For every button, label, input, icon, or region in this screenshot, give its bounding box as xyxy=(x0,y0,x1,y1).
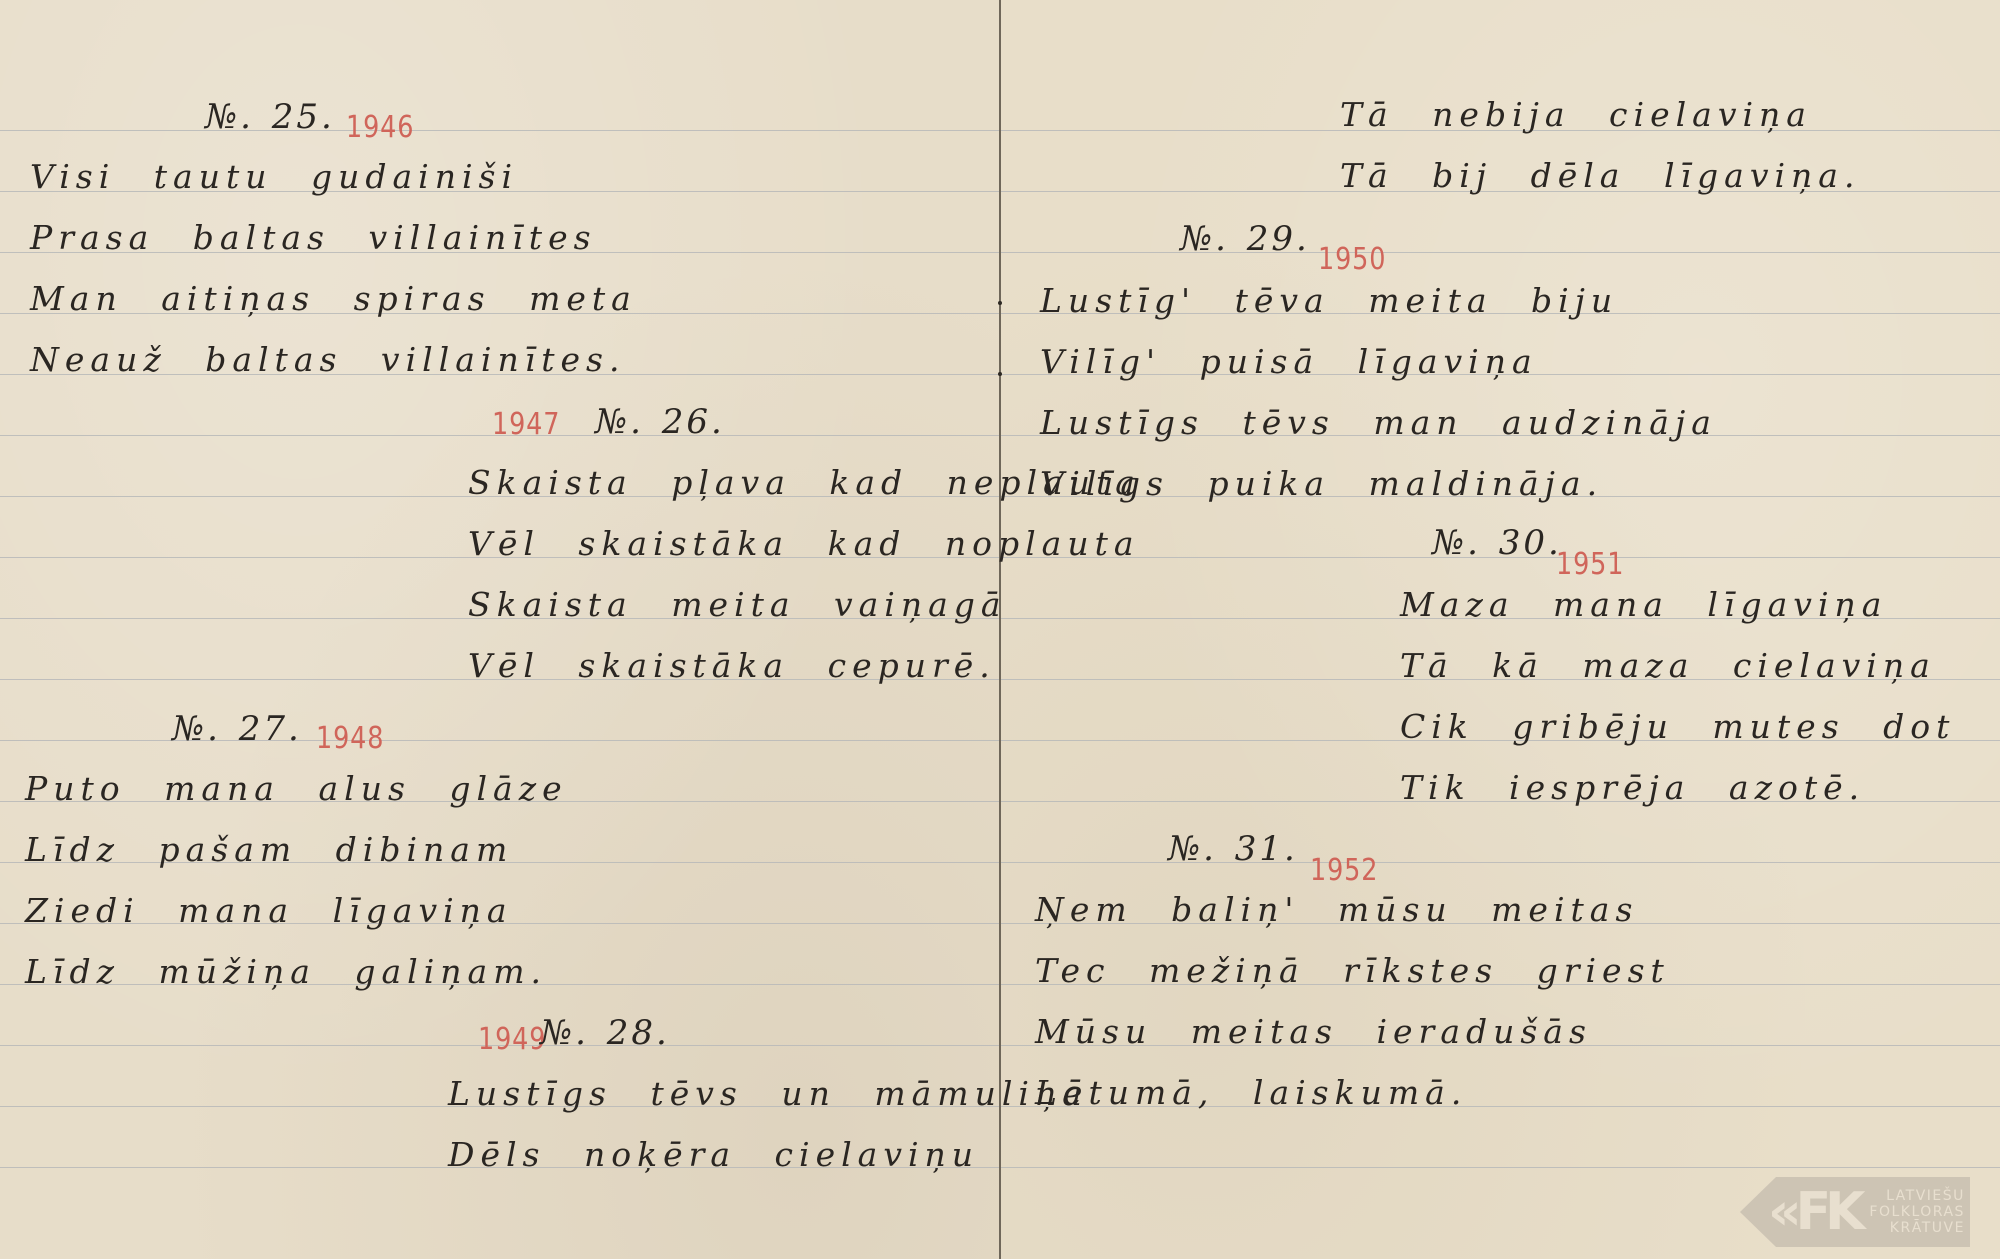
verse-line: Visi tautu gudainiši xyxy=(30,160,518,193)
verse-line: Tec mežiņā rīkstes griest xyxy=(1035,954,1670,987)
verse-line: Tik iesprēja azotē. xyxy=(1400,771,1865,804)
verse-line: Man aitiņas spiras meta xyxy=(30,282,637,315)
verse-line: Maza mana līgaviņa xyxy=(1400,588,1887,621)
verse-line: Lustīgs tēvs un māmuliņa xyxy=(448,1077,1088,1110)
song-number: №. 28. xyxy=(540,1016,670,1050)
logo-text: LATVIEŠU FOLKLORAS KRĀTUVE xyxy=(1869,1188,1965,1236)
song-number: №. 29. xyxy=(1180,222,1310,256)
binding-stitch xyxy=(998,372,1002,376)
song-number: №. 25. xyxy=(205,100,335,134)
song-number: №. 31. xyxy=(1168,832,1298,866)
verse-line: Lētumā, laiskumā. xyxy=(1035,1076,1467,1109)
logo-line: KRĀTUVE xyxy=(1869,1220,1965,1236)
lfk-watermark-logo: «FK LATVIEŠU FOLKLORAS KRĀTUVE xyxy=(1740,1177,1970,1247)
year-annotation: 1951 xyxy=(1556,550,1624,580)
verse-line: Prasa baltas villainītes xyxy=(30,221,597,254)
verse-line: Neauž baltas villainītes. xyxy=(30,343,625,376)
year-annotation: 1950 xyxy=(1318,245,1386,275)
binding-fold xyxy=(999,0,1001,1259)
verse-line: Vilīg' puisā līgaviņa xyxy=(1040,345,1538,378)
verse-line: Mūsu meitas ieradušās xyxy=(1035,1015,1592,1048)
verse-line: Vilīgs puika maldināja. xyxy=(1040,467,1603,500)
logo-line: LATVIEŠU xyxy=(1869,1188,1965,1204)
verse-line: Lustīgs tēvs man audzināja xyxy=(1040,406,1717,439)
notebook-spread: №. 25. 1946 Visi tautu gudainiši Prasa b… xyxy=(0,0,2000,1259)
song-number: №. 26. xyxy=(595,405,725,439)
verse-line: Tā kā maza cielaviņa xyxy=(1400,649,1936,682)
verse-line: Līdz mūžiņa galiņam. xyxy=(25,955,547,988)
verse-line: Cik gribēju mutes dot xyxy=(1400,710,1955,743)
song-number: №. 27. xyxy=(172,712,302,746)
year-annotation: 1948 xyxy=(316,724,384,754)
logo-line: FOLKLORAS xyxy=(1869,1204,1965,1220)
verse-line: Skaista meita vaiņagā xyxy=(468,588,1007,621)
year-annotation: 1946 xyxy=(346,113,414,143)
verse-line: Vēl skaistāka kad noplauta xyxy=(468,527,1140,560)
verse-line: Līdz pašam dibinam xyxy=(25,833,513,866)
verse-line: Vēl skaistāka cepurē. xyxy=(468,649,996,682)
binding-stitch xyxy=(998,301,1002,305)
verse-line: Ņem baliņ' mūsu meitas xyxy=(1035,893,1638,926)
year-annotation: 1947 xyxy=(492,410,560,440)
verse-line-continued: Tā bij dēla līgaviņa. xyxy=(1340,159,1860,192)
verse-line: Dēls noķēra cielaviņu xyxy=(448,1138,979,1171)
year-annotation: 1949 xyxy=(478,1025,546,1055)
verse-line: Ziedi mana līgaviņa xyxy=(25,894,513,927)
year-annotation: 1952 xyxy=(1310,856,1378,886)
verse-line-continued: Tā nebija cielaviņa xyxy=(1340,98,1812,131)
song-number: №. 30. xyxy=(1432,526,1562,560)
verse-line: Lustīg' tēva meita biju xyxy=(1040,284,1618,317)
logo-mark: «FK xyxy=(1768,1186,1859,1238)
verse-line: Puto mana alus glāze xyxy=(25,772,568,805)
